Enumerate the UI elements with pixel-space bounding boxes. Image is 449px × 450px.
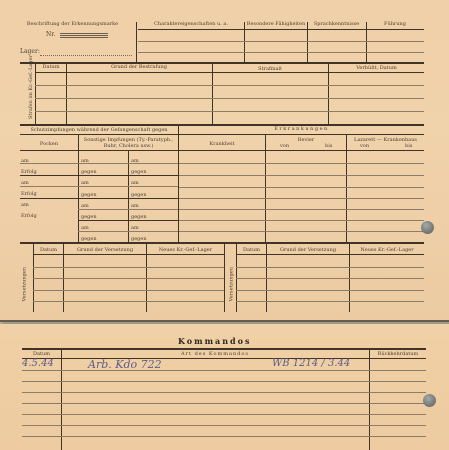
col-served: Verbüßt, Datum — [329, 65, 424, 71]
transfer-col-camp: Neues Kr.-Gef.-Lager — [147, 247, 224, 253]
row-line — [22, 414, 426, 415]
infirmary-from: von — [280, 143, 289, 149]
punch-hole — [421, 221, 434, 234]
row-line — [22, 381, 426, 382]
section-rule — [20, 242, 424, 244]
vacc-cell: Erfolg — [21, 191, 37, 197]
row-line — [33, 301, 224, 302]
kommando-entry-date: 4.5.44 — [22, 358, 54, 369]
row-line — [179, 220, 424, 221]
header-rule — [22, 358, 426, 359]
row-line — [179, 231, 424, 232]
punishments-side-label: Strafen im Kr.-Gef.-Lager — [28, 69, 34, 119]
number-line — [60, 35, 108, 36]
number-label: Nr. — [46, 32, 55, 38]
col-languages: Sprachkenntnisse — [308, 21, 365, 27]
row-line — [20, 198, 178, 199]
header-rule — [20, 134, 178, 135]
transfer-col-reason: Grund der Versetzung — [267, 247, 349, 253]
row-line — [179, 209, 424, 210]
kommando-col-type: Art des Kommandos — [62, 351, 368, 357]
transfer-col-date: Datum — [237, 247, 266, 253]
row-line — [33, 267, 224, 268]
number-line — [60, 33, 108, 34]
col-reason: Grund der Bestrafung — [67, 64, 211, 70]
header-rule — [20, 150, 178, 151]
row-line — [22, 436, 426, 437]
col-abilities: Besondere Fähigkeiten — [245, 21, 307, 27]
col-hospital: Lazarett — Krankenhaus — [347, 137, 424, 143]
row-line — [22, 370, 426, 371]
record-card-top: Beschriftung der Erkennungsmarke Nr. Lag… — [0, 0, 449, 322]
col-character: Charaktereigenschaften u. a. — [138, 21, 244, 27]
col-infirmary: Revier — [266, 137, 346, 143]
row-line — [78, 220, 178, 221]
record-card-bottom: Kommandos Datum Art des Kommandos Rückke… — [0, 324, 449, 450]
kommandos-title: Kommandos — [178, 336, 251, 346]
divider — [366, 22, 367, 62]
row-line — [236, 267, 424, 268]
hospital-from: von — [360, 143, 369, 149]
col-illness: Krankheit — [179, 141, 265, 147]
row-line — [179, 187, 424, 188]
row-line — [20, 186, 178, 187]
row-line — [20, 175, 178, 176]
row-line — [236, 290, 424, 291]
section-rule — [22, 348, 426, 350]
col-other-vaccinations: Sonstige Impfungen (Ty.-Paratyph., Ruhr,… — [79, 137, 178, 149]
row-line — [33, 290, 224, 291]
row-line — [236, 278, 424, 279]
kommando-col-return: Rückkehrdatum — [370, 351, 426, 357]
header-rule — [179, 134, 424, 135]
row-line — [78, 231, 178, 232]
kommando-col-date: Datum — [22, 351, 61, 357]
row-line — [78, 209, 178, 210]
col-date: Datum — [36, 64, 66, 70]
col-conduct: Führung — [367, 21, 423, 27]
row-line — [22, 425, 426, 426]
transfers-side-label-right: Versetzungen — [229, 257, 235, 302]
header-rule — [138, 29, 424, 30]
row-line — [35, 98, 424, 99]
row-line — [22, 392, 426, 393]
hospital-to: bis — [405, 143, 412, 149]
row-line — [22, 403, 426, 404]
kommando-entry-note: WB 1214 / 3.44 — [272, 358, 350, 369]
divider — [136, 22, 137, 62]
header-rule — [236, 254, 424, 255]
transfers-side-label-left: Versetzungen — [22, 257, 28, 302]
divider — [307, 22, 308, 62]
divider — [224, 244, 225, 312]
header-rule — [33, 254, 224, 255]
transfer-col-date: Datum — [34, 247, 63, 253]
header-rule — [35, 72, 424, 73]
row-line — [35, 85, 424, 86]
row-line — [35, 111, 424, 112]
row-line — [33, 278, 224, 279]
row-line — [179, 163, 424, 164]
number-line — [60, 37, 108, 38]
infirmary-to: bis — [325, 143, 332, 149]
row-line — [236, 301, 424, 302]
vacc-cell: am — [21, 202, 29, 208]
row-line — [138, 52, 424, 53]
row-line — [179, 175, 424, 176]
row-line — [20, 163, 178, 164]
punch-hole — [423, 394, 436, 407]
transfer-col-camp: Neues Kr.-Gef.-Lager — [350, 247, 424, 253]
vacc-cell: Erfolg — [21, 213, 37, 219]
transfer-col-reason: Grund der Versetzung — [64, 247, 146, 253]
row-line — [179, 198, 424, 199]
header-rule — [179, 150, 424, 151]
divider — [61, 348, 62, 450]
vaccinations-title: Schutzimpfungen während der Gefangenscha… — [20, 127, 178, 133]
divider — [369, 348, 370, 450]
camp-field — [40, 55, 132, 56]
divider — [244, 22, 245, 62]
col-smallpox: Pocken — [20, 141, 78, 147]
row-line — [138, 41, 424, 42]
identity-tag-label: Beschriftung der Erkennungsmarke — [20, 21, 125, 27]
illnesses-title: Erkrankungen — [179, 126, 424, 132]
